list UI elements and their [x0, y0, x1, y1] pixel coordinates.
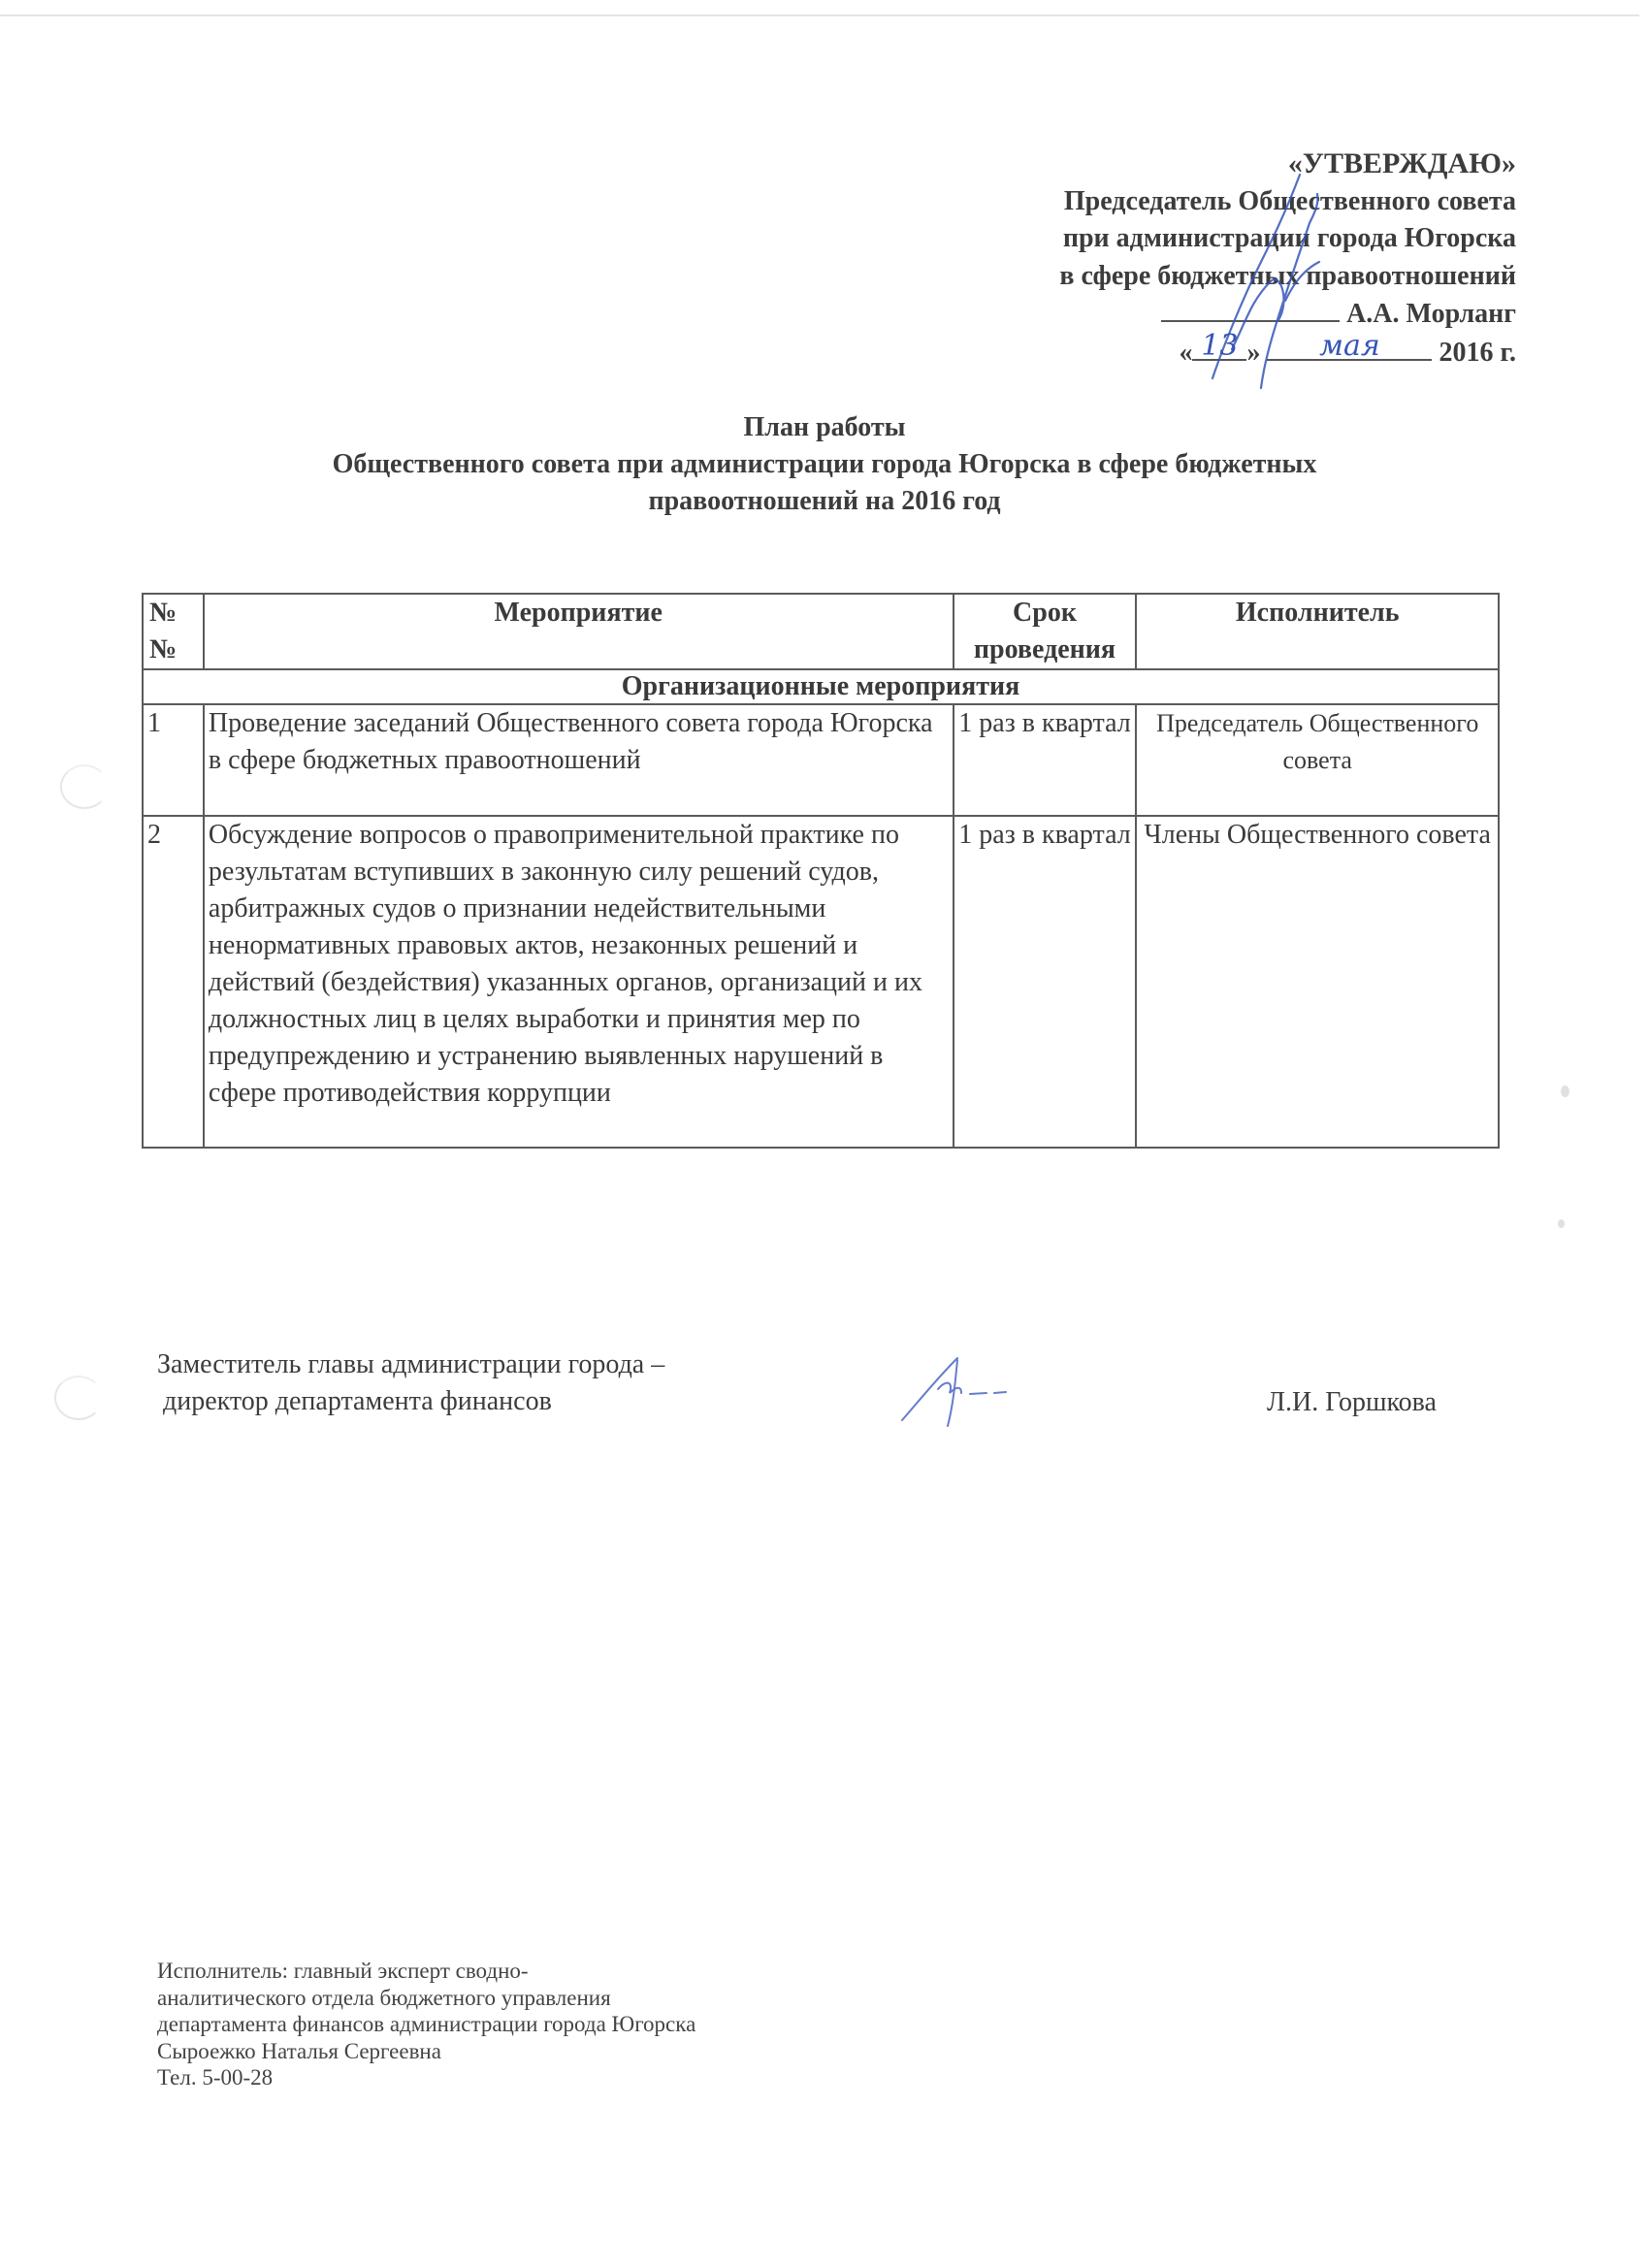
- column-header-number: №№: [143, 594, 204, 669]
- approval-block: «УТВЕРЖДАЮ» Председатель Общественного с…: [1059, 146, 1516, 372]
- signer-name: Л.И. Горшкова: [1267, 1384, 1437, 1421]
- date-month-handwritten: мая: [1267, 332, 1432, 361]
- executor-line: департамента финансов администрации горо…: [157, 2011, 695, 2038]
- row-term: 1 раз в квартал: [954, 704, 1137, 816]
- executor-line: Исполнитель: главный эксперт сводно-: [157, 1958, 695, 1985]
- title-line: правоотношений на 2016 год: [0, 483, 1649, 520]
- work-plan-table: №№ Мероприятие Срок проведения Исполните…: [142, 593, 1500, 1149]
- date-open-quote: «: [1179, 338, 1192, 368]
- hole-punch-mark: [60, 764, 109, 809]
- executor-footer: Исполнитель: главный эксперт сводно- ана…: [157, 1958, 695, 2091]
- scan-speck: [1558, 1219, 1565, 1228]
- signer-position-line: Заместитель главы администрации города –: [157, 1346, 664, 1383]
- executor-line: аналитического отдела бюджетного управле…: [157, 1985, 695, 2012]
- approval-position-line: в сфере бюджетных правоотношений: [1059, 258, 1516, 296]
- column-header-activity: Мероприятие: [204, 594, 954, 669]
- title-line: План работы: [0, 409, 1649, 446]
- row-term: 1 раз в квартал: [954, 816, 1137, 1148]
- table-row: 2 Обсуждение вопросов о правоприменитель…: [143, 816, 1499, 1148]
- date-day-blank: 13: [1192, 334, 1246, 361]
- row-number: 1: [143, 704, 204, 816]
- signature-blank: [1161, 295, 1340, 322]
- approval-signatory: А.А. Морланг: [1346, 299, 1516, 329]
- row-executor: Члены Общественного совета: [1136, 816, 1499, 1148]
- signer-position-line: директор департамента финансов: [157, 1383, 664, 1420]
- row-activity: Обсуждение вопросов о правоприменительно…: [204, 816, 954, 1148]
- section-title: Организационные мероприятия: [143, 669, 1499, 704]
- approval-signatory-line: А.А. Морланг: [1059, 295, 1516, 334]
- title-line: Общественного совета при администрации г…: [0, 446, 1649, 483]
- date-day-handwritten: 13: [1192, 332, 1246, 361]
- scan-speck: [1561, 1085, 1569, 1097]
- executor-name: Сыроежко Наталья Сергеевна: [157, 2038, 695, 2065]
- approval-date-line: «13» мая 2016 г.: [1059, 334, 1516, 373]
- date-month-blank: мая: [1267, 334, 1432, 361]
- row-number: 2: [143, 816, 204, 1148]
- column-header-term: Срок проведения: [954, 594, 1137, 669]
- document-title: План работы Общественного совета при адм…: [0, 409, 1649, 520]
- date-close-quote: »: [1246, 338, 1260, 368]
- row-executor: Председатель Общественного совета: [1136, 704, 1499, 816]
- column-header-executor: Исполнитель: [1136, 594, 1499, 669]
- signer-signature-icon: [897, 1350, 1062, 1428]
- hole-punch-mark: [54, 1376, 103, 1420]
- signature-block: Заместитель главы администрации города –…: [157, 1346, 664, 1420]
- executor-phone: Тел. 5-00-28: [157, 2064, 695, 2091]
- scan-edge-line: [0, 15, 1639, 16]
- approval-position-line: Председатель Общественного совета: [1059, 183, 1516, 221]
- approval-position-line: при администрации города Югорска: [1059, 220, 1516, 258]
- table-section-row: Организационные мероприятия: [143, 669, 1499, 704]
- approval-heading: «УТВЕРЖДАЮ»: [1059, 146, 1516, 183]
- row-activity: Проведение заседаний Общественного совет…: [204, 704, 954, 816]
- date-year: 2016 г.: [1439, 338, 1516, 368]
- table-header-row: №№ Мероприятие Срок проведения Исполните…: [143, 594, 1499, 669]
- table-row: 1 Проведение заседаний Общественного сов…: [143, 704, 1499, 816]
